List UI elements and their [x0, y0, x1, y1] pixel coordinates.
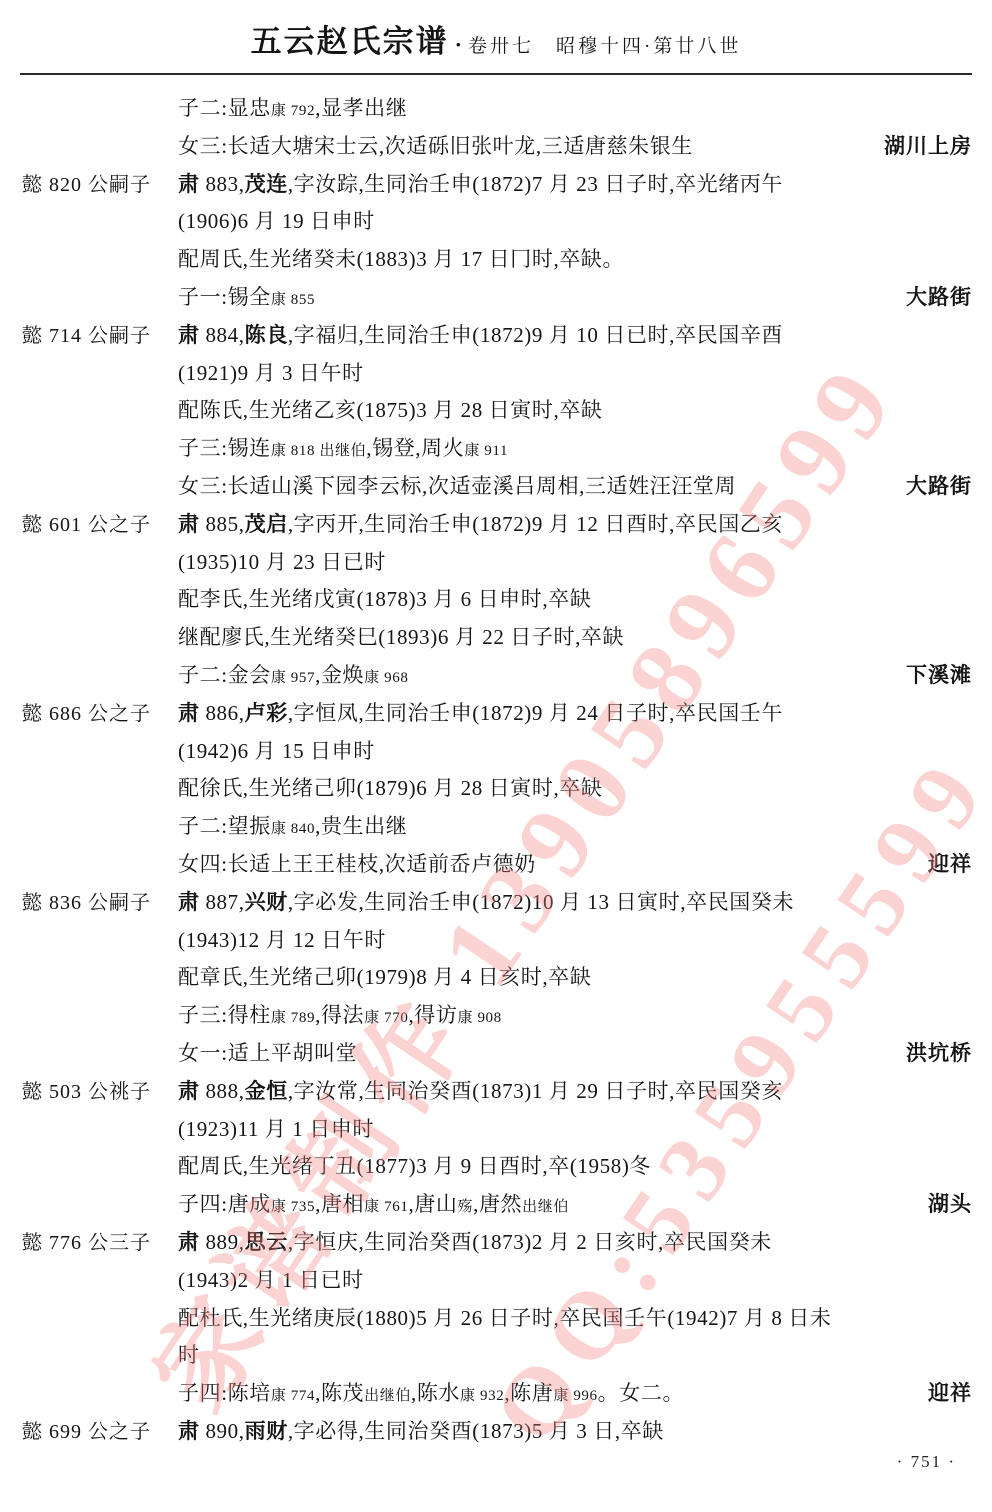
place-name: 洪坑桥 — [906, 1035, 992, 1073]
entry-segment: 思云 — [245, 1230, 288, 1254]
entry-segment: (1923)11 月 1 日申时 — [178, 1117, 374, 1141]
entry-segment: ,得访 — [408, 1003, 457, 1027]
entry-text: 肃 886,卢彩,字恒凤,生同治壬申(1872)9 月 24 日子时,卒民国壬午 — [178, 695, 783, 733]
entry-text: (1923)11 月 1 日申时 — [178, 1111, 374, 1149]
entry-segment: 肃 — [178, 1079, 200, 1103]
genealogy-row: 配章氏,生光绪己卯(1979)8 月 4 日亥时,卒缺 — [0, 959, 992, 997]
generation-label: 懿 699 公之子 — [0, 1414, 178, 1452]
entry-text: 肃 884,陈良,字福归,生同治壬申(1872)9 月 10 日已时,卒民国辛酉 — [178, 317, 783, 355]
entry-segment: 康 792 — [271, 103, 315, 119]
entry-text: 女四:长适上王王桂枝,次适前岙卢德奶 — [178, 846, 536, 884]
entry-segment: ,锡登,周火 — [366, 436, 464, 460]
genealogy-row: (1923)11 月 1 日申时 — [0, 1111, 992, 1149]
entry-segment: (1935)10 月 23 日已时 — [178, 550, 386, 574]
entry-segment: 肃 — [178, 1230, 200, 1254]
entry-text: 肃 888,金恒,字汝常,生同治癸酉(1873)1 月 29 日子时,卒民国癸亥 — [178, 1073, 783, 1111]
entry-text: 肃 890,雨财,字必得,生同治癸酉(1873)5 月 3 日,卒缺 — [178, 1413, 664, 1451]
entry-segment: 女三:长适大塘宋士云,次适砾旧张叶龙,三适唐慈朱银生 — [178, 134, 693, 158]
entry-text: 子三:得柱康 789,得法康 770,得访康 908 — [178, 997, 502, 1038]
entry-text: 肃 889,思云,字恒庆,生同治癸酉(1873)2 月 2 日亥时,卒民国癸未 — [178, 1224, 772, 1262]
entry-segment: ,金焕 — [315, 663, 364, 687]
entry-segment: 配周氏,生光绪癸未(1883)3 月 17 日冂时,卒缺。 — [178, 247, 624, 271]
genealogy-row: 女三:长适大塘宋士云,次适砾旧张叶龙,三适唐慈朱银生湖川上房 — [0, 128, 992, 166]
entry-segment: 肃 — [178, 1419, 200, 1443]
entry-text: 女一:适上平胡叫堂 — [178, 1035, 357, 1073]
place-name: 迎祥 — [928, 846, 992, 884]
entry-segment: ,唐然 — [473, 1192, 522, 1216]
genealogy-row: 女三:长适山溪下园李云标,次适壶溪吕周相,三适姓汪汪堂周大路街 — [0, 468, 992, 506]
entry-segment: 康 968 — [364, 670, 408, 686]
entry-segment: 卢彩 — [245, 701, 288, 725]
entry-text: 配徐氏,生光绪己卯(1879)6 月 28 日寅时,卒缺 — [178, 770, 603, 808]
genealogy-row: (1943)2 月 1 日已时 — [0, 1262, 992, 1300]
entry-segment: ,字汝常,生同治癸酉(1873)1 月 29 日子时,卒民国癸亥 — [288, 1079, 783, 1103]
entry-segment: 康 957 — [271, 670, 315, 686]
genealogy-row: 子一:锡全康 855大路街 — [0, 279, 992, 317]
entry-segment: 殇 — [458, 1199, 474, 1215]
entry-text: 配周氏,生光绪癸未(1883)3 月 17 日冂时,卒缺。 — [178, 241, 624, 279]
entry-text: 子三:锡连康 818 出继伯,锡登,周火康 911 — [178, 430, 508, 471]
generation-label: 懿 836 公嗣子 — [0, 885, 178, 923]
entry-segment: 康 855 — [271, 292, 315, 308]
generation-label: 懿 503 公祧子 — [0, 1074, 178, 1112]
generation-label: 懿 714 公嗣子 — [0, 318, 178, 356]
genealogy-row: 配周氏,生光绪丁丑(1877)3 月 9 日酉时,卒(1958)冬 — [0, 1148, 992, 1186]
genealogy-row: 子四:唐成康 735,唐相康 761,唐山殇,唐然出继伯湖头 — [0, 1186, 992, 1224]
entry-segment: (1906)6 月 19 日申时 — [178, 209, 375, 233]
entry-segment: 女四:长适上王王桂枝,次适前岙卢德奶 — [178, 852, 536, 876]
entry-segment: 康 735 — [271, 1199, 315, 1215]
genealogy-row: (1942)6 月 15 日申时 — [0, 733, 992, 771]
entry-text: 女三:长适山溪下园李云标,次适壶溪吕周相,三适姓汪汪堂周 — [178, 468, 736, 506]
genealogy-row: 配李氏,生光绪戊寅(1878)3 月 6 日申时,卒缺 — [0, 581, 992, 619]
entry-segment: 肃 — [178, 323, 200, 347]
page-header: 五云赵氏宗谱·卷卅七 昭穆十四·第廿八世 — [0, 0, 992, 61]
genealogy-row: 女四:长适上王王桂枝,次适前岙卢德奶迎祥 — [0, 846, 992, 884]
generation-label: 懿 686 公之子 — [0, 696, 178, 734]
entry-segment: ,陈茂 — [315, 1381, 364, 1405]
entry-segment: ,字恒庆,生同治癸酉(1873)2 月 2 日亥时,卒民国癸未 — [288, 1230, 772, 1254]
entry-segment: 。女二。 — [598, 1381, 684, 1405]
entry-segment: 出继伯 — [364, 1388, 411, 1404]
entry-segment: 康 789 — [271, 1010, 315, 1026]
genealogy-row: 配陈氏,生光绪乙亥(1875)3 月 28 日寅时,卒缺 — [0, 392, 992, 430]
genealogy-row: 懿 699 公之子肃 890,雨财,字必得,生同治癸酉(1873)5 月 3 日… — [0, 1413, 992, 1451]
entry-segment: 肃 — [178, 890, 200, 914]
genealogy-row: 子二:金会康 957,金焕康 968下溪滩 — [0, 657, 992, 695]
generation-label: 懿 820 公嗣子 — [0, 167, 178, 205]
entry-segment: ,字汝踪,生同治壬申(1872)7 月 23 日子时,卒光绪丙午 — [288, 172, 783, 196]
genealogy-row: 子四:陈培康 774,陈茂出继伯,陈水康 932,陈唐康 996。女二。迎祥 — [0, 1375, 992, 1413]
entry-segment: 康 770 — [364, 1010, 408, 1026]
entry-segment: 出继伯 — [522, 1199, 569, 1215]
place-name: 大路街 — [906, 279, 992, 317]
entry-segment: ,字必发,生同治壬申(1872)10 月 13 日寅时,卒民国癸未 — [288, 890, 794, 914]
entry-segment: 子三:得柱 — [178, 1003, 271, 1027]
entry-segment: ,贵生出继 — [315, 814, 407, 838]
entry-segment: 886, — [200, 701, 245, 725]
generation-label: 懿 601 公之子 — [0, 507, 178, 545]
entry-segment: 康 908 — [458, 1010, 502, 1026]
genealogy-row: 继配廖氏,生光绪癸巳(1893)6 月 22 日子时,卒缺 — [0, 619, 992, 657]
entry-text: 时 — [178, 1337, 200, 1375]
genealogy-row: 配杜氏,生光绪庚辰(1880)5 月 26 日子时,卒民国壬午(1942)7 月… — [0, 1300, 992, 1338]
genealogy-row: (1943)12 月 12 日午时 — [0, 922, 992, 960]
entry-segment: (1942)6 月 15 日申时 — [178, 739, 375, 763]
entry-segment: 子一:锡全 — [178, 285, 271, 309]
entry-text: (1943)12 月 12 日午时 — [178, 922, 386, 960]
entry-segment: 子四:唐成 — [178, 1192, 271, 1216]
entry-segment: 女一:适上平胡叫堂 — [178, 1041, 357, 1065]
entry-segment: 配杜氏,生光绪庚辰(1880)5 月 26 日子时,卒民国壬午(1942)7 月… — [178, 1306, 831, 1330]
entry-segment: 885, — [200, 512, 245, 536]
entry-segment: ,显孝出继 — [315, 96, 407, 120]
entry-segment: 子二:望振 — [178, 814, 271, 838]
genealogy-row: 女一:适上平胡叫堂洪坑桥 — [0, 1035, 992, 1073]
entry-text: (1943)2 月 1 日已时 — [178, 1262, 364, 1300]
genealogy-row: 子三:得柱康 789,得法康 770,得访康 908 — [0, 997, 992, 1035]
entry-text: 子四:陈培康 774,陈茂出继伯,陈水康 932,陈唐康 996。女二。 — [178, 1375, 684, 1416]
entry-segment: 肃 — [178, 701, 200, 725]
place-name: 迎祥 — [928, 1375, 992, 1413]
entry-segment: (1943)12 月 12 日午时 — [178, 928, 386, 952]
entry-text: 子二:显忠康 792,显孝出继 — [178, 90, 407, 131]
entry-segment: 子二:显忠 — [178, 96, 271, 120]
genealogy-row: 懿 503 公祧子肃 888,金恒,字汝常,生同治癸酉(1873)1 月 29 … — [0, 1073, 992, 1111]
entry-segment: 兴财 — [245, 890, 288, 914]
genealogy-row: 懿 714 公嗣子肃 884,陈良,字福归,生同治壬申(1872)9 月 10 … — [0, 317, 992, 355]
title-separator: · — [449, 32, 468, 57]
entry-segment: 889, — [200, 1230, 245, 1254]
entry-text: 女三:长适大塘宋士云,次适砾旧张叶龙,三适唐慈朱银生 — [178, 128, 693, 166]
entry-segment: 配章氏,生光绪己卯(1979)8 月 4 日亥时,卒缺 — [178, 965, 591, 989]
entry-segment: 康 774 — [271, 1388, 315, 1404]
entry-segment: 陈良 — [245, 323, 288, 347]
entry-segment: 茂连 — [245, 172, 288, 196]
entry-segment: 康 996 — [553, 1388, 597, 1404]
genealogy-row: 懿 836 公嗣子肃 887,兴财,字必发,生同治壬申(1872)10 月 13… — [0, 884, 992, 922]
entry-segment: 配陈氏,生光绪乙亥(1875)3 月 28 日寅时,卒缺 — [178, 398, 603, 422]
header-divider — [20, 73, 972, 75]
entry-segment: 884, — [200, 323, 245, 347]
entry-segment: 配徐氏,生光绪己卯(1879)6 月 28 日寅时,卒缺 — [178, 776, 603, 800]
genealogy-row: 配周氏,生光绪癸未(1883)3 月 17 日冂时,卒缺。 — [0, 241, 992, 279]
place-name: 下溪滩 — [906, 657, 992, 695]
entry-segment: 配周氏,生光绪丁丑(1877)3 月 9 日酉时,卒(1958)冬 — [178, 1154, 651, 1178]
entry-segment: 肃 — [178, 512, 200, 536]
entry-segment: 女三:长适山溪下园李云标,次适壶溪吕周相,三适姓汪汪堂周 — [178, 474, 736, 498]
entry-segment: ,字丙开,生同治壬申(1872)9 月 12 日酉时,卒民国乙亥 — [288, 512, 783, 536]
entry-segment: 金恒 — [245, 1079, 288, 1103]
entry-segment: 883, — [200, 172, 245, 196]
place-name: 湖川上房 — [884, 128, 992, 166]
genealogy-row: 懿 776 公三子肃 889,思云,字恒庆,生同治癸酉(1873)2 月 2 日… — [0, 1224, 992, 1262]
page-number: · 751 · — [897, 1452, 956, 1472]
entry-segment: 雨财 — [245, 1419, 288, 1443]
volume-subtitle: 卷卅七 昭穆十四·第廿八世 — [468, 36, 741, 57]
entry-segment: 子三:锡连 — [178, 436, 271, 460]
entry-segment: ,字必得,生同治癸酉(1873)5 月 3 日,卒缺 — [288, 1419, 664, 1443]
genealogy-row: 子二:望振康 840,贵生出继 — [0, 808, 992, 846]
entry-segment: ,唐山 — [408, 1192, 457, 1216]
genealogy-row: (1921)9 月 3 日午时 — [0, 355, 992, 393]
book-title: 五云赵氏宗谱 — [251, 24, 449, 59]
genealogy-row: 配徐氏,生光绪己卯(1879)6 月 28 日寅时,卒缺 — [0, 770, 992, 808]
place-name: 大路街 — [906, 468, 992, 506]
entry-text: 配章氏,生光绪己卯(1979)8 月 4 日亥时,卒缺 — [178, 959, 591, 997]
entry-segment: 康 932 — [460, 1388, 504, 1404]
entry-text: 肃 883,茂连,字汝踪,生同治壬申(1872)7 月 23 日子时,卒光绪丙午 — [178, 166, 783, 204]
genealogy-row: 子三:锡连康 818 出继伯,锡登,周火康 911 — [0, 430, 992, 468]
genealogy-row: 懿 601 公之子肃 885,茂启,字丙开,生同治壬申(1872)9 月 12 … — [0, 506, 992, 544]
entry-segment: (1921)9 月 3 日午时 — [178, 361, 364, 385]
entry-segment: 890, — [200, 1419, 245, 1443]
entry-text: (1935)10 月 23 日已时 — [178, 544, 386, 582]
entry-text: 子四:唐成康 735,唐相康 761,唐山殇,唐然出继伯 — [178, 1186, 569, 1227]
entry-text: 子二:望振康 840,贵生出继 — [178, 808, 407, 849]
generation-label: 懿 776 公三子 — [0, 1225, 178, 1263]
entry-segment: 肃 — [178, 172, 200, 196]
entry-segment: 时 — [178, 1343, 200, 1367]
entry-segment: 康 911 — [464, 443, 508, 459]
entry-segment: 康 840 — [271, 821, 315, 837]
entry-segment: 887, — [200, 890, 245, 914]
entry-text: 配陈氏,生光绪乙亥(1875)3 月 28 日寅时,卒缺 — [178, 392, 603, 430]
genealogy-rows: 子二:显忠康 792,显孝出继女三:长适大塘宋士云,次适砾旧张叶龙,三适唐慈朱银… — [0, 90, 992, 1451]
entry-text: (1942)6 月 15 日申时 — [178, 733, 375, 771]
entry-segment: 配李氏,生光绪戊寅(1878)3 月 6 日申时,卒缺 — [178, 587, 591, 611]
entry-segment: ,字福归,生同治壬申(1872)9 月 10 日已时,卒民国辛酉 — [288, 323, 783, 347]
entry-segment: 子四:陈培 — [178, 1381, 271, 1405]
entry-segment: 康 818 出继伯 — [271, 443, 366, 459]
entry-text: 配周氏,生光绪丁丑(1877)3 月 9 日酉时,卒(1958)冬 — [178, 1148, 651, 1186]
entry-text: 配杜氏,生光绪庚辰(1880)5 月 26 日子时,卒民国壬午(1942)7 月… — [178, 1300, 831, 1338]
entry-segment: 康 761 — [364, 1199, 408, 1215]
genealogy-row: 懿 686 公之子肃 886,卢彩,字恒凤,生同治壬申(1872)9 月 24 … — [0, 695, 992, 733]
genealogy-row: 时 — [0, 1337, 992, 1375]
entry-segment: ,唐相 — [315, 1192, 364, 1216]
entry-segment: ,陈水 — [411, 1381, 460, 1405]
place-name: 湖头 — [928, 1186, 992, 1224]
entry-segment: 子二:金会 — [178, 663, 271, 687]
genealogy-row: (1906)6 月 19 日申时 — [0, 203, 992, 241]
entry-text: 继配廖氏,生光绪癸巳(1893)6 月 22 日子时,卒缺 — [178, 619, 624, 657]
entry-text: 子一:锡全康 855 — [178, 279, 315, 320]
genealogy-row: 子二:显忠康 792,显孝出继 — [0, 90, 992, 128]
entry-text: 配李氏,生光绪戊寅(1878)3 月 6 日申时,卒缺 — [178, 581, 591, 619]
entry-text: (1921)9 月 3 日午时 — [178, 355, 364, 393]
entry-text: (1906)6 月 19 日申时 — [178, 203, 375, 241]
entry-segment: 继配廖氏,生光绪癸巳(1893)6 月 22 日子时,卒缺 — [178, 625, 624, 649]
entry-segment: 茂启 — [245, 512, 288, 536]
genealogy-row: (1935)10 月 23 日已时 — [0, 544, 992, 582]
genealogy-row: 懿 820 公嗣子肃 883,茂连,字汝踪,生同治壬申(1872)7 月 23 … — [0, 166, 992, 204]
entry-text: 子二:金会康 957,金焕康 968 — [178, 657, 408, 698]
entry-segment: 888, — [200, 1079, 245, 1103]
entry-segment: ,字恒凤,生同治壬申(1872)9 月 24 日子时,卒民国壬午 — [288, 701, 783, 725]
entry-text: 肃 887,兴财,字必发,生同治壬申(1872)10 月 13 日寅时,卒民国癸… — [178, 884, 794, 922]
entry-segment: ,得法 — [315, 1003, 364, 1027]
entry-segment: (1943)2 月 1 日已时 — [178, 1268, 364, 1292]
entry-segment: ,陈唐 — [504, 1381, 553, 1405]
entry-text: 肃 885,茂启,字丙开,生同治壬申(1872)9 月 12 日酉时,卒民国乙亥 — [178, 506, 783, 544]
